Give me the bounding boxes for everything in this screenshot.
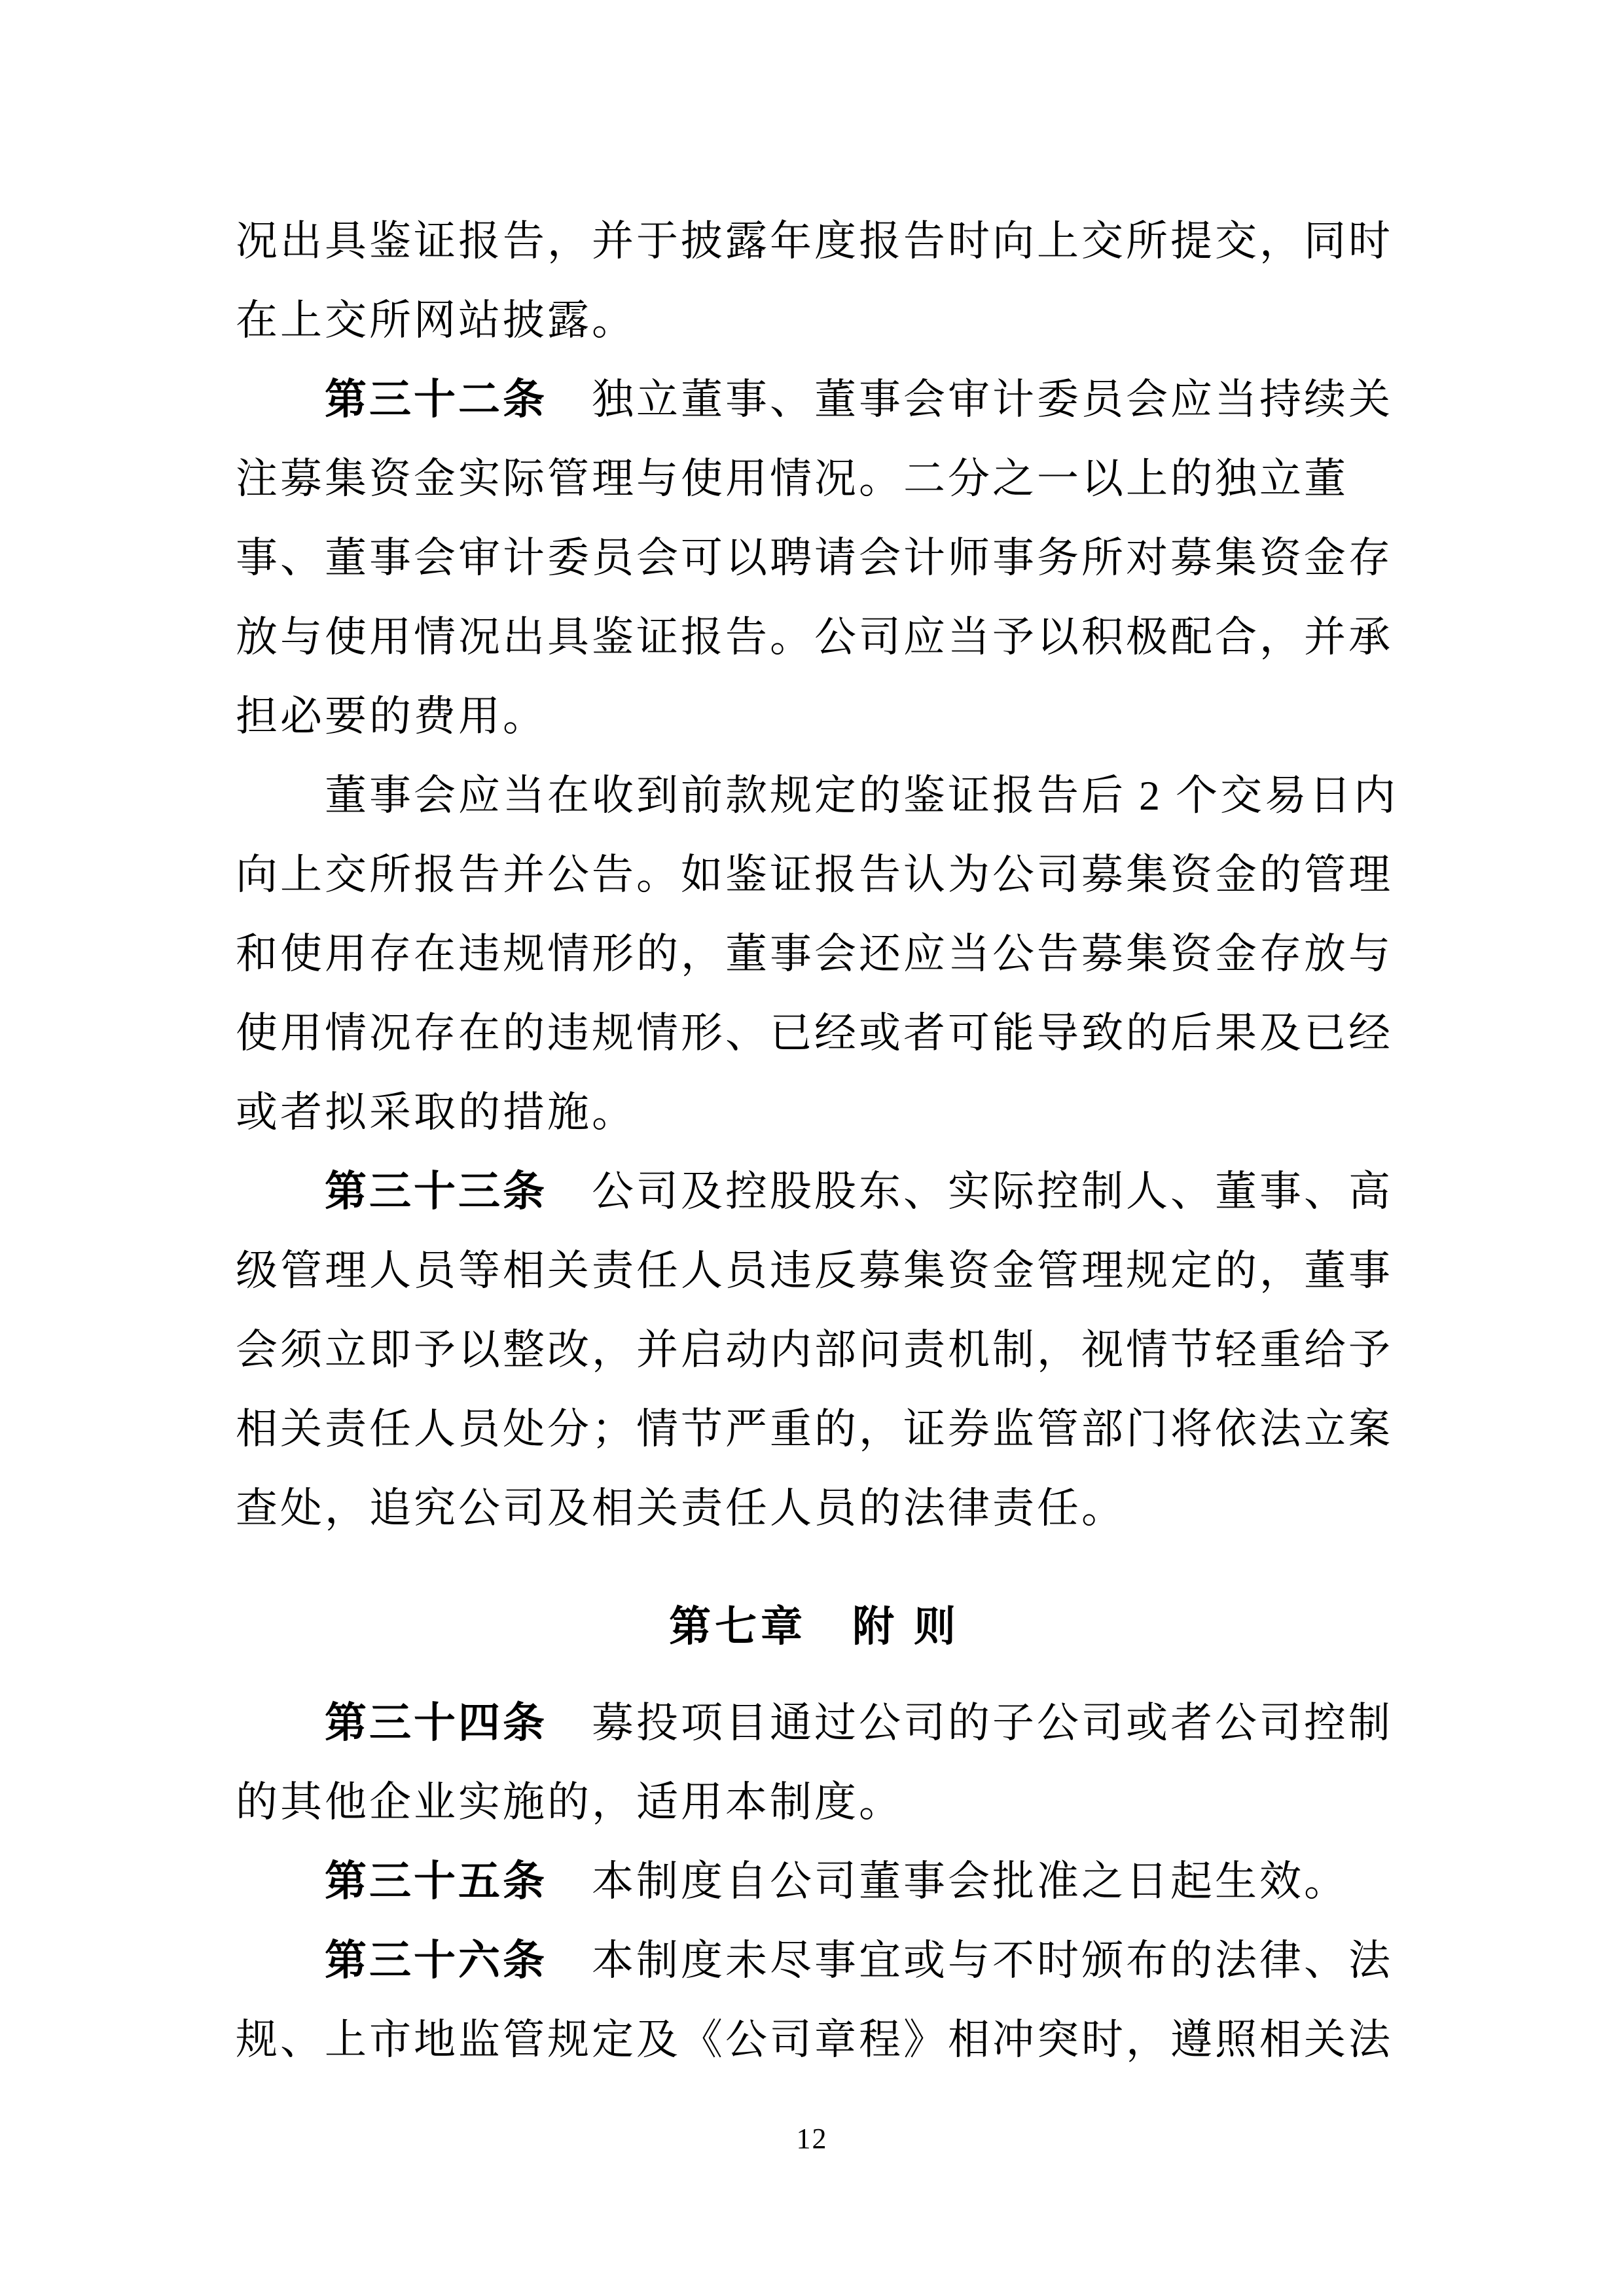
text-line: 放与使用情况出具鉴证报告。公司应当予以积极配合，并承 <box>236 598 1393 677</box>
text-line: 第七章 附 则 <box>236 1587 1393 1666</box>
text-line: 查处，追究公司及相关责任人员的法律责任。 <box>236 1469 1393 1548</box>
text-line: 的其他企业实施的，适用本制度。 <box>236 1763 1393 1842</box>
text-line: 第三十四条 募投项目通过公司的子公司或者公司控制 <box>236 1683 1393 1763</box>
text-run: 担必要的费用。 <box>236 693 547 740</box>
text-line: 第三十三条 公司及控股股东、实际控制人、董事、高 <box>236 1152 1393 1231</box>
text-run: 事、董事会审计委员会可以聘请会计师事务所对募集资金存 <box>236 535 1393 581</box>
text-line: 董事会应当在收到前款规定的鉴证报告后 2 个交易日内 <box>236 756 1393 835</box>
text-run: 相关责任人员处分；情节严重的，证券监管部门将依法立案 <box>236 1406 1393 1452</box>
text-run: 注募集资金实际管理与使用情况。二分之一以上的独立董 <box>236 456 1348 502</box>
paragraph: 第三十六条 本制度未尽事宜或与不时颁布的法律、法规、上市地监管规定及《公司章程》… <box>236 1921 1393 2079</box>
text-line: 第三十五条 本制度自公司董事会批准之日起生效。 <box>236 1842 1393 1921</box>
text-run: 和使用存在违规情形的，董事会还应当公告募集资金存放与 <box>236 931 1393 977</box>
page-number: 12 <box>0 2122 1624 2156</box>
paragraph: 第三十二条 独立董事、董事会审计委员会应当持续关注募集资金实际管理与使用情况。二… <box>236 360 1393 756</box>
paragraph: 况出具鉴证报告，并于披露年度报告时向上交所提交，同时在上交所网站披露。 <box>236 202 1393 360</box>
text-run: 公司及控股股东、实际控制人、董事、高 <box>547 1168 1393 1215</box>
document-body: 况出具鉴证报告，并于披露年度报告时向上交所提交，同时在上交所网站披露。第三十二条… <box>236 202 1393 2079</box>
text-run: 使用情况存在的违规情形、已经或者可能导致的后果及已经 <box>236 1010 1393 1056</box>
text-run: 本制度自公司董事会批准之日起生效。 <box>547 1858 1348 1905</box>
text-run: 本制度未尽事宜或与不时颁布的法律、法 <box>547 1937 1393 1984</box>
text-line: 第三十六条 本制度未尽事宜或与不时颁布的法律、法 <box>236 1921 1393 2000</box>
text-line: 规、上市地监管规定及《公司章程》相冲突时，遵照相关法 <box>236 2000 1393 2079</box>
text-run: 董事会应当在收到前款规定的鉴证报告后 2 个交易日内 <box>325 772 1398 819</box>
paragraph: 第三十五条 本制度自公司董事会批准之日起生效。 <box>236 1842 1393 1921</box>
text-run: 级管理人员等相关责任人员违反募集资金管理规定的，董事 <box>236 1247 1393 1294</box>
text-run: 或者拟采取的措施。 <box>236 1089 636 1136</box>
text-line: 或者拟采取的措施。 <box>236 1073 1393 1152</box>
article-number: 第七章 附 则 <box>669 1603 960 1650</box>
text-line: 相关责任人员处分；情节严重的，证券监管部门将依法立案 <box>236 1390 1393 1469</box>
document-page: 况出具鉴证报告，并于披露年度报告时向上交所提交，同时在上交所网站披露。第三十二条… <box>0 0 1624 2296</box>
text-run: 的其他企业实施的，适用本制度。 <box>236 1779 903 1825</box>
text-line: 级管理人员等相关责任人员违反募集资金管理规定的，董事 <box>236 1231 1393 1310</box>
text-line: 况出具鉴证报告，并于披露年度报告时向上交所提交，同时 <box>236 202 1393 281</box>
chapter-heading: 第七章 附 则 <box>236 1587 1393 1666</box>
paragraph: 董事会应当在收到前款规定的鉴证报告后 2 个交易日内向上交所报告并公告。如鉴证报… <box>236 756 1393 1152</box>
text-run: 向上交所报告并公告。如鉴证报告认为公司募集资金的管理 <box>236 852 1393 898</box>
text-line: 会须立即予以整改，并启动内部问责机制，视情节轻重给予 <box>236 1310 1393 1390</box>
text-run: 规、上市地监管规定及《公司章程》相冲突时，遵照相关法 <box>236 2017 1393 2063</box>
text-line: 使用情况存在的违规情形、已经或者可能导致的后果及已经 <box>236 994 1393 1073</box>
text-run: 会须立即予以整改，并启动内部问责机制，视情节轻重给予 <box>236 1327 1393 1373</box>
paragraph: 第三十三条 公司及控股股东、实际控制人、董事、高级管理人员等相关责任人员违反募集… <box>236 1152 1393 1548</box>
article-number: 第三十二条 <box>325 376 547 423</box>
text-line: 和使用存在违规情形的，董事会还应当公告募集资金存放与 <box>236 914 1393 994</box>
text-run: 募投项目通过公司的子公司或者公司控制 <box>547 1700 1393 1746</box>
text-line: 注募集资金实际管理与使用情况。二分之一以上的独立董 <box>236 439 1393 518</box>
text-line: 向上交所报告并公告。如鉴证报告认为公司募集资金的管理 <box>236 835 1393 914</box>
article-number: 第三十五条 <box>325 1857 547 1905</box>
paragraph: 第三十四条 募投项目通过公司的子公司或者公司控制的其他企业实施的，适用本制度。 <box>236 1683 1393 1842</box>
text-run: 况出具鉴证报告，并于披露年度报告时向上交所提交，同时 <box>236 218 1393 264</box>
text-line: 第三十二条 独立董事、董事会审计委员会应当持续关 <box>236 360 1393 439</box>
text-run: 放与使用情况出具鉴证报告。公司应当予以积极配合，并承 <box>236 614 1393 660</box>
text-run: 查处，追究公司及相关责任人员的法律责任。 <box>236 1485 1126 1532</box>
text-line: 事、董事会审计委员会可以聘请会计师事务所对募集资金存 <box>236 518 1393 598</box>
text-run: 独立董事、董事会审计委员会应当持续关 <box>547 376 1393 423</box>
article-number: 第三十三条 <box>325 1168 547 1215</box>
text-run: 在上交所网站披露。 <box>236 297 636 344</box>
article-number: 第三十六条 <box>325 1937 547 1984</box>
article-number: 第三十四条 <box>325 1699 547 1746</box>
text-line: 在上交所网站披露。 <box>236 281 1393 360</box>
text-line: 担必要的费用。 <box>236 677 1393 756</box>
